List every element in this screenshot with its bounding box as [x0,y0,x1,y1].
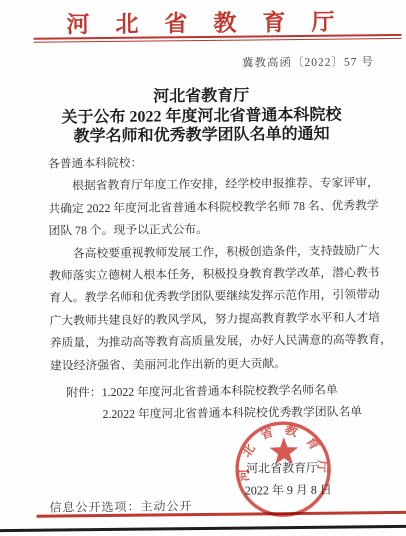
attachment-item-1: 附件：1.2022 年度河北省普通本科院校教学名师名单 [66,378,366,404]
attachments-label: 附件： [66,385,102,399]
document-title: 河北省教育厅 关于公布 2022 年度河北省普通本科院校 教学名师和优秀教学团队… [0,85,405,148]
scan-bottom-edge [0,525,406,532]
body-paragraph2-line-3: 育人。教学名师和优秀教学团队要继续发挥示范作用，引领带动 [49,284,369,310]
body-paragraph1-line-3: 团队 78 个。现予以正式公布。 [48,216,368,242]
body-paragraph1-line-2: 共确定 2022 年度河北省普通本科院校教学名师 78 名、优秀教学 [48,194,368,220]
body-paragraph2-line-5: 养质量，为推动高等教育高质量发展，办好人民满意的高等教育， [50,329,370,355]
body-paragraph1-line-1: 根据省教育厅年度工作安排，经学校申报推荐、专家评审， [48,172,368,198]
salutation-line: 各普通本科院校： [48,149,368,175]
signature-agency-name: 河北省教育厅 [202,458,362,477]
document-body: 各普通本科院校： 根据省教育厅年度工作安排，经学校申报推荐、专家评审， 共确定 … [48,149,370,376]
body-paragraph2-line-2: 教师落实立德树人根本任务，积极投身教育教学改革，潜心教书 [49,261,369,287]
body-paragraph2-line-1: 各高校要重视教师发展工作，积极创造条件，支持鼓励广大 [49,239,369,265]
body-paragraph2-line-6: 建设经济强省、美丽河北作出新的更大贡献。 [50,351,370,377]
attachment-item-2-text: 2.2022 年度河北省普通本科院校优秀教学团队名单 [102,405,362,422]
signature-date: 2022 年 9 月 8 日 [198,480,378,499]
document-sheet: 河北省教育厅 冀教高函〔2022〕57 号 河北省教育厅 关于公布 2022 年… [0,0,406,536]
body-paragraph2-line-4: 广大教师共建良好的教风学风，努力提高教育教学水平和人才培 [49,306,369,332]
attachment-item-2: 2.2022 年度河北省普通本科院校优秀教学团队名单 [66,401,366,427]
scanned-official-document: 河北省教育厅 冀教高函〔2022〕57 号 河北省教育厅 关于公布 2022 年… [0,0,406,536]
attachment-item-1-text: 1.2022 年度河北省普通本科院校教学名师名单 [102,383,338,399]
attachments-list: 附件：1.2022 年度河北省普通本科院校教学名师名单 2.2022 年度河北省… [66,378,366,426]
document-reference-number: 冀教高函〔2022〕57 号 [242,53,374,70]
